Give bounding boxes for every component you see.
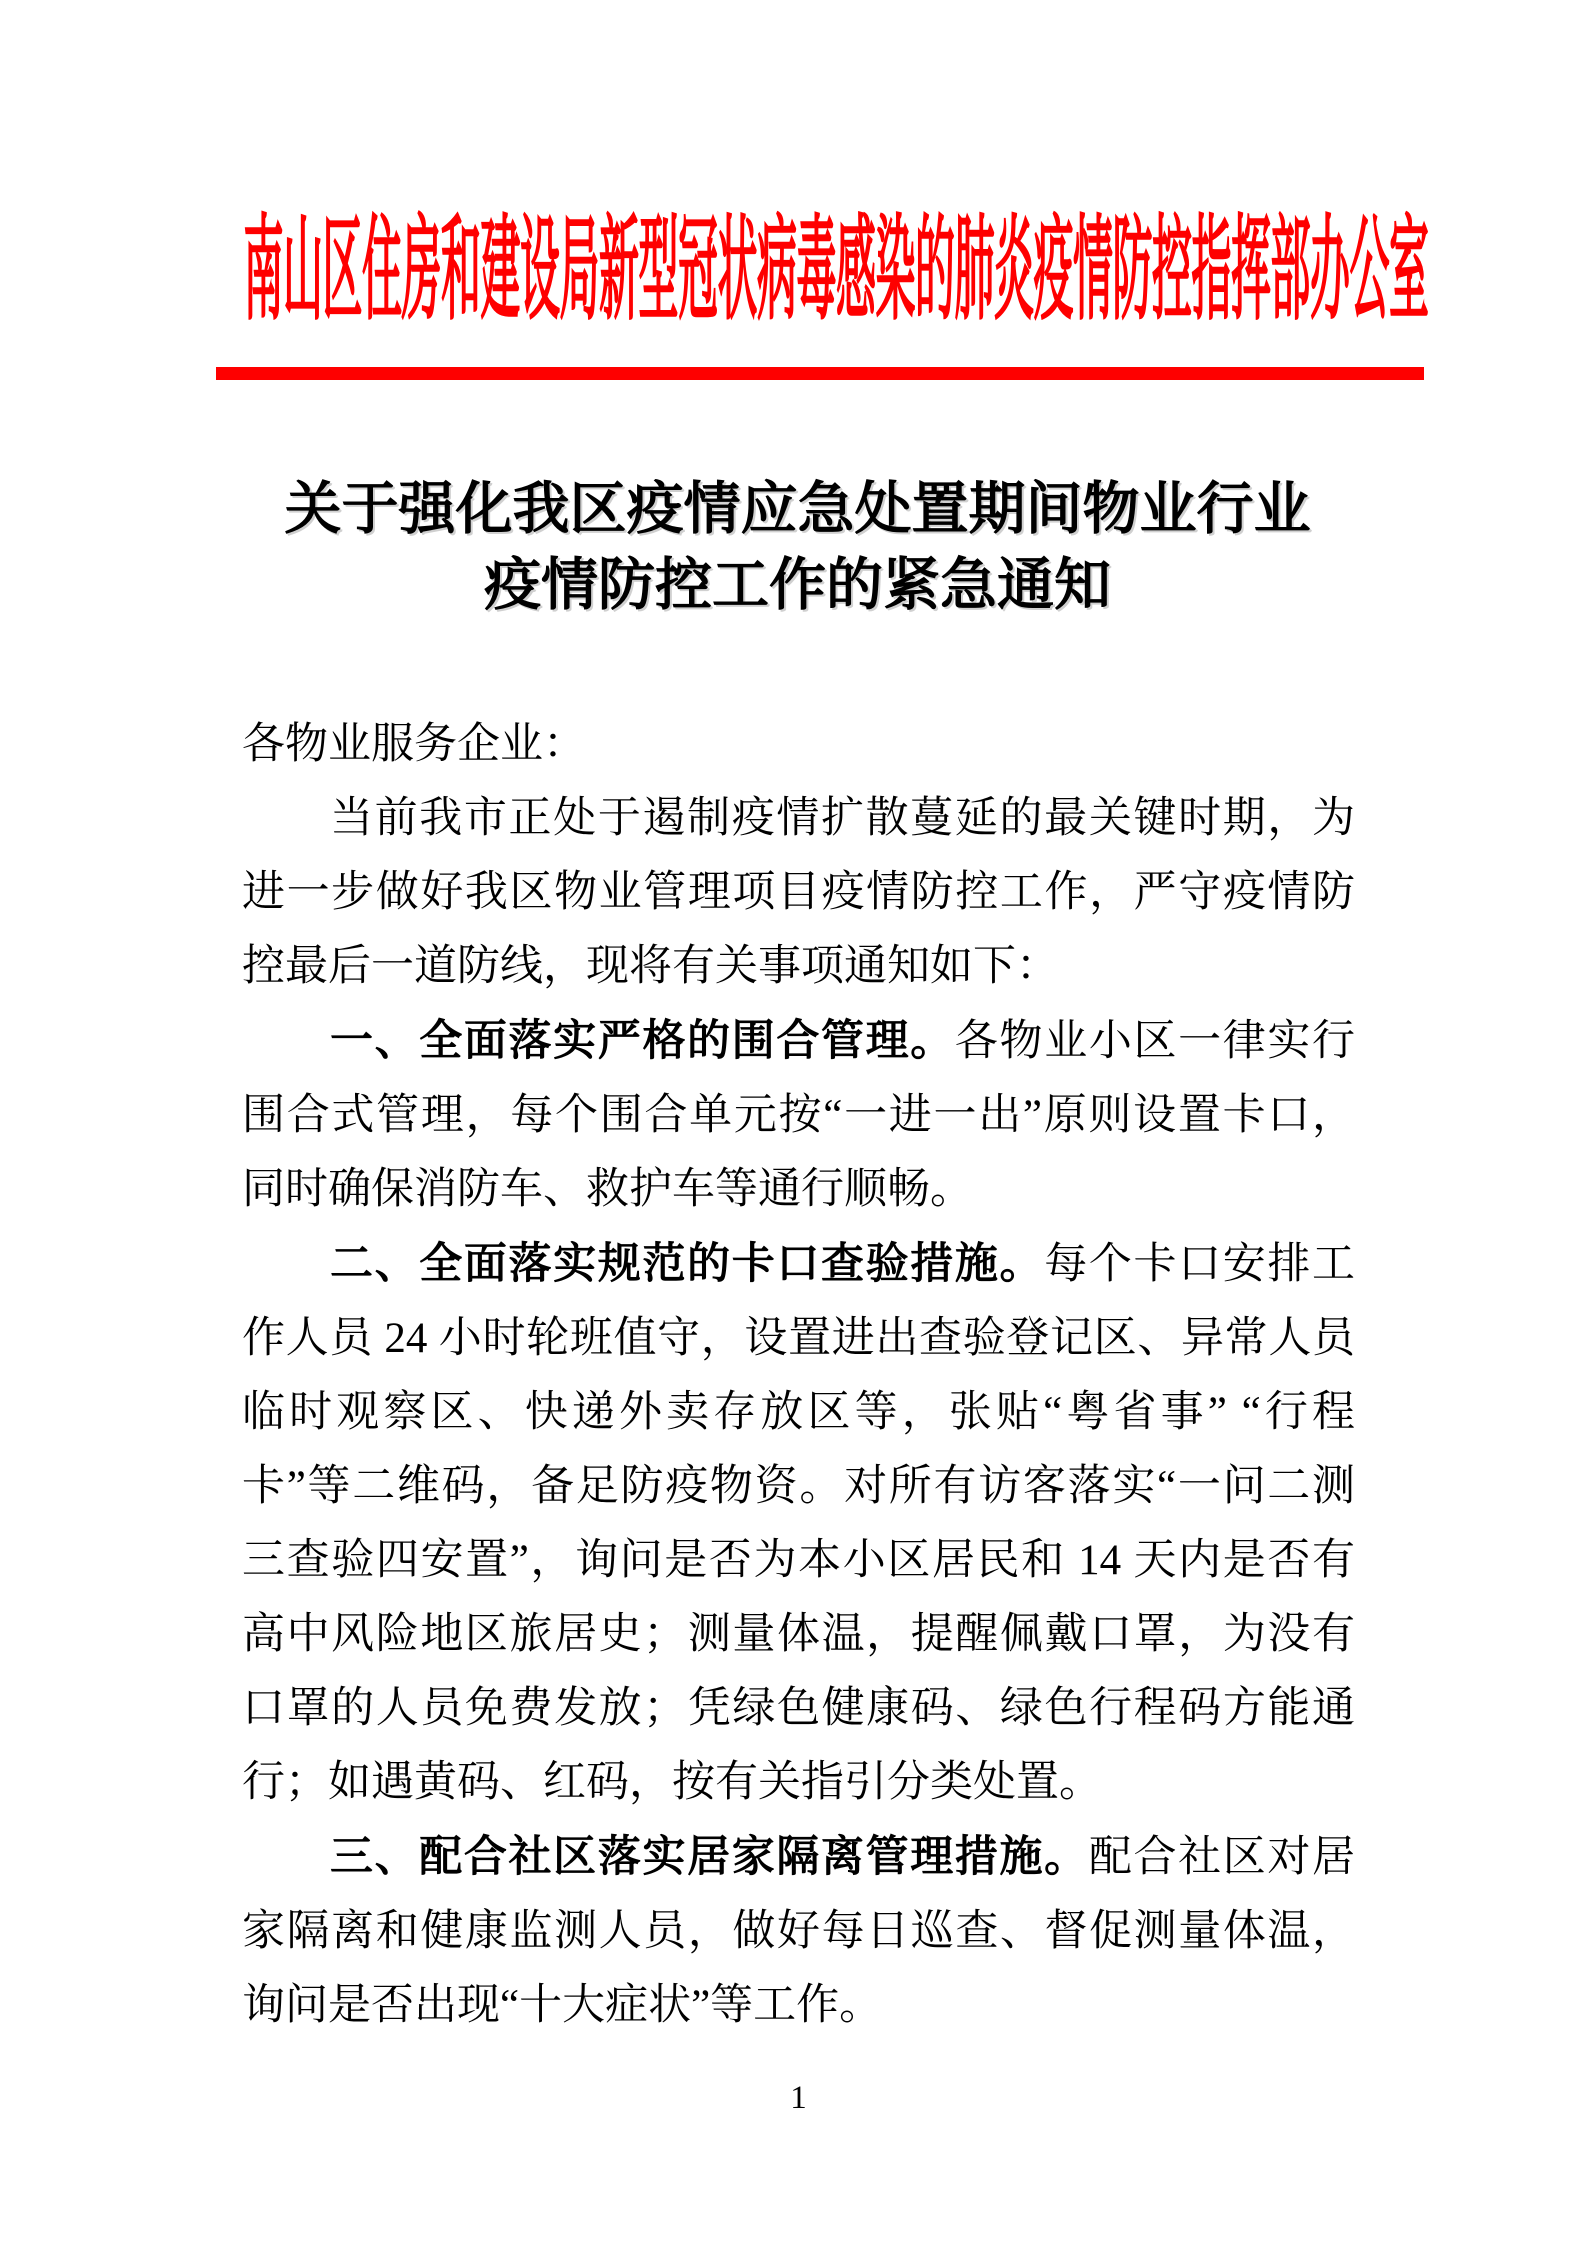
section-3-paragraph: 三、配合社区落实居家隔离管理措施。配合社区对居家隔离和健康监测人员，做好每日巡查… [242, 1820, 1355, 2043]
document-title: 关于强化我区疫情应急处置期间物业行业 疫情防控工作的紧急通知 [240, 472, 1355, 624]
intro-paragraph: 当前我市正处于遏制疫情扩散蔓延的最关键时期，为进一步做好我区物业管理项目疫情防控… [242, 782, 1355, 1004]
section-2-text: 每个卡口安排工作人员 24 小时轮班值守，设置进出查验登记区、异常人员临时观察区… [242, 1241, 1355, 1806]
salutation: 各物业服务企业： [242, 708, 1355, 782]
section-2-heading: 二、全面落实规范的卡口查验措施。 [330, 1240, 1044, 1288]
org-title-text: 南山区住房和建设局新型冠状病毒感染的肺炎疫情防控指挥部办公室 [244, 212, 1429, 332]
section-1-paragraph: 一、全面落实严格的围合管理。各物业小区一律实行围合式管理，每个围合单元按“一进一… [242, 1004, 1355, 1227]
title-line-2: 疫情防控工作的紧急通知 [240, 548, 1355, 624]
document-page: 南山区住房和建设局新型冠状病毒感染的肺炎疫情防控指挥部办公室 关于强化我区疫情应… [0, 0, 1587, 2245]
title-line-1: 关于强化我区疫情应急处置期间物业行业 [240, 472, 1355, 548]
red-divider-line [216, 367, 1424, 380]
intro-text: 当前我市正处于遏制疫情扩散蔓延的最关键时期，为进一步做好我区物业管理项目疫情防控… [242, 795, 1355, 990]
red-header-banner: 南山区住房和建设局新型冠状病毒感染的肺炎疫情防控指挥部办公室 [242, 212, 1430, 338]
page-number: 1 [242, 2078, 1355, 2118]
section-1-heading: 一、全面落实严格的围合管理。 [330, 1017, 955, 1065]
section-2-paragraph: 二、全面落实规范的卡口查验措施。每个卡口安排工作人员 24 小时轮班值守，设置进… [242, 1227, 1355, 1820]
section-3-heading: 三、配合社区落实居家隔离管理措施。 [330, 1833, 1089, 1881]
document-body: 各物业服务企业： 当前我市正处于遏制疫情扩散蔓延的最关键时期，为进一步做好我区物… [242, 708, 1355, 2043]
